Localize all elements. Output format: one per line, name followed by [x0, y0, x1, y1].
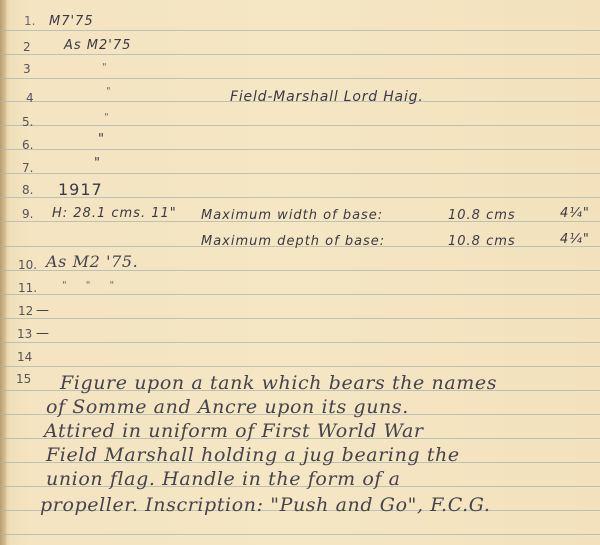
entry-number: 13	[17, 327, 32, 341]
dimension-imperial-width: 4¼"	[560, 206, 590, 221]
entry-number: 12	[18, 304, 33, 318]
entry-number: 4	[26, 91, 34, 105]
ruled-line	[0, 534, 600, 535]
ruled-line	[0, 125, 600, 126]
ruled-line	[0, 318, 600, 319]
ruled-line	[0, 173, 600, 174]
entry-number: 10.	[18, 258, 37, 272]
entry-number: 8.	[22, 183, 33, 197]
entry-dash: —	[36, 326, 50, 341]
entry-value: As M2'75	[64, 38, 131, 53]
dimension-imperial-depth: 4¼"	[560, 232, 590, 247]
page-binding-edge	[0, 0, 6, 545]
entry-number: 5.	[22, 115, 33, 129]
ruled-line	[0, 149, 600, 150]
description-line: union flag. Handle in the form of a	[46, 468, 401, 490]
entry-number: 1.	[24, 14, 35, 28]
entry-number: 6.	[22, 138, 33, 152]
ditto-mark: "	[102, 62, 108, 73]
ruled-line	[0, 366, 600, 367]
dimension-metric-width: 10.8 cms	[448, 208, 516, 223]
dimension-label-width: Maximum width of base:	[201, 208, 383, 223]
entry-value: As M2 '75.	[46, 252, 138, 271]
dimension-metric-depth: 10.8 cms	[448, 234, 516, 249]
ruled-line	[0, 294, 600, 295]
ruled-line	[0, 30, 600, 31]
entry-number: 9.	[22, 207, 33, 221]
ledger-page: 1. 2 3 4 5. 6. 7. 8. 9. 10. 11. 12 13 14…	[0, 0, 600, 545]
description-line: Attired in uniform of First World War	[44, 420, 424, 442]
entry-number: 3	[23, 62, 31, 76]
dimension-label-depth: Maximum depth of base:	[201, 234, 385, 249]
entry-date: 1917	[58, 180, 103, 199]
entry-number: 11.	[18, 281, 37, 295]
ditto-mark: " " "	[62, 280, 122, 291]
description-line: of Somme and Ancre upon its guns.	[46, 396, 409, 418]
ditto-mark: "	[104, 112, 110, 123]
entry-number: 2	[23, 40, 31, 54]
entry-number: 7.	[22, 161, 33, 175]
ruled-line	[0, 54, 600, 55]
ruled-line	[0, 342, 600, 343]
ditto-mark: "	[94, 156, 101, 171]
entry-dash: —	[36, 303, 50, 318]
entry-value: M7'75	[49, 14, 94, 29]
description-line: propeller. Inscription: "Push and Go", F…	[40, 494, 491, 516]
ditto-mark: "	[106, 86, 112, 97]
entry-number: 14	[17, 350, 32, 364]
description-line: Field Marshall holding a jug bearing the	[46, 444, 460, 466]
entry-number: 15	[16, 372, 31, 386]
entry-height: H: 28.1 cms. 11"	[52, 206, 177, 221]
page-title: Field-Marshall Lord Haig.	[230, 89, 424, 105]
description-line: Figure upon a tank which bears the names	[60, 372, 497, 394]
ruled-line	[0, 78, 600, 79]
ditto-mark: "	[98, 132, 105, 147]
